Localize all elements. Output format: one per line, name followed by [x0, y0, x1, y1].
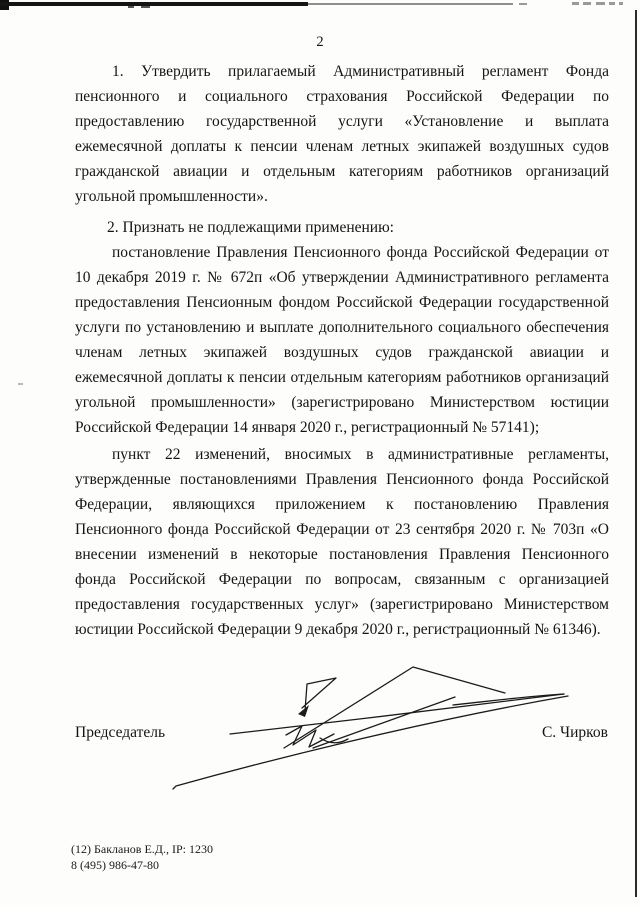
footer-executor: (12) Бакланов Е.Д., IP: 1230 — [71, 841, 213, 857]
document-page: 2 1. Утвердить прилагаемый Административ… — [0, 0, 640, 905]
signature-block: Председатель С. Чирков — [75, 723, 608, 742]
scan-artifact-dash — [609, 2, 615, 5]
document-body: 1. Утвердить прилагаемый Административны… — [75, 59, 609, 642]
scan-artifact-dash — [141, 6, 150, 8]
scan-artifact-speck — [18, 383, 23, 385]
paragraph-item-3: постановление Правления Пенсионного фонд… — [75, 240, 609, 440]
scan-artifact-right-edge-line — [635, 10, 637, 897]
signer-title: Председатель — [75, 723, 165, 742]
paragraph-item-2: 2. Признать не подлежащими применению: — [75, 215, 609, 240]
paragraph-item-1: 1. Утвердить прилагаемый Административны… — [75, 59, 609, 209]
page-number: 2 — [0, 34, 640, 51]
scan-artifact-dash — [572, 2, 579, 5]
scan-artifact-top-line-gray — [308, 3, 513, 5]
scan-artifact-dash — [596, 2, 605, 5]
scan-artifact-dash — [128, 6, 134, 8]
scan-artifact-dash — [619, 2, 623, 5]
document-footer: (12) Бакланов Е.Д., IP: 1230 8 (495) 986… — [71, 841, 213, 873]
footer-phone: 8 (495) 986-47-80 — [71, 857, 213, 873]
scan-artifact-dash — [519, 3, 527, 5]
scan-artifact-dash — [583, 2, 591, 5]
paragraph-item-4: пункт 22 изменений, вносимых в администр… — [75, 442, 609, 642]
signer-name: С. Чирков — [542, 723, 608, 742]
scan-artifact-top-line-black — [0, 2, 308, 6]
